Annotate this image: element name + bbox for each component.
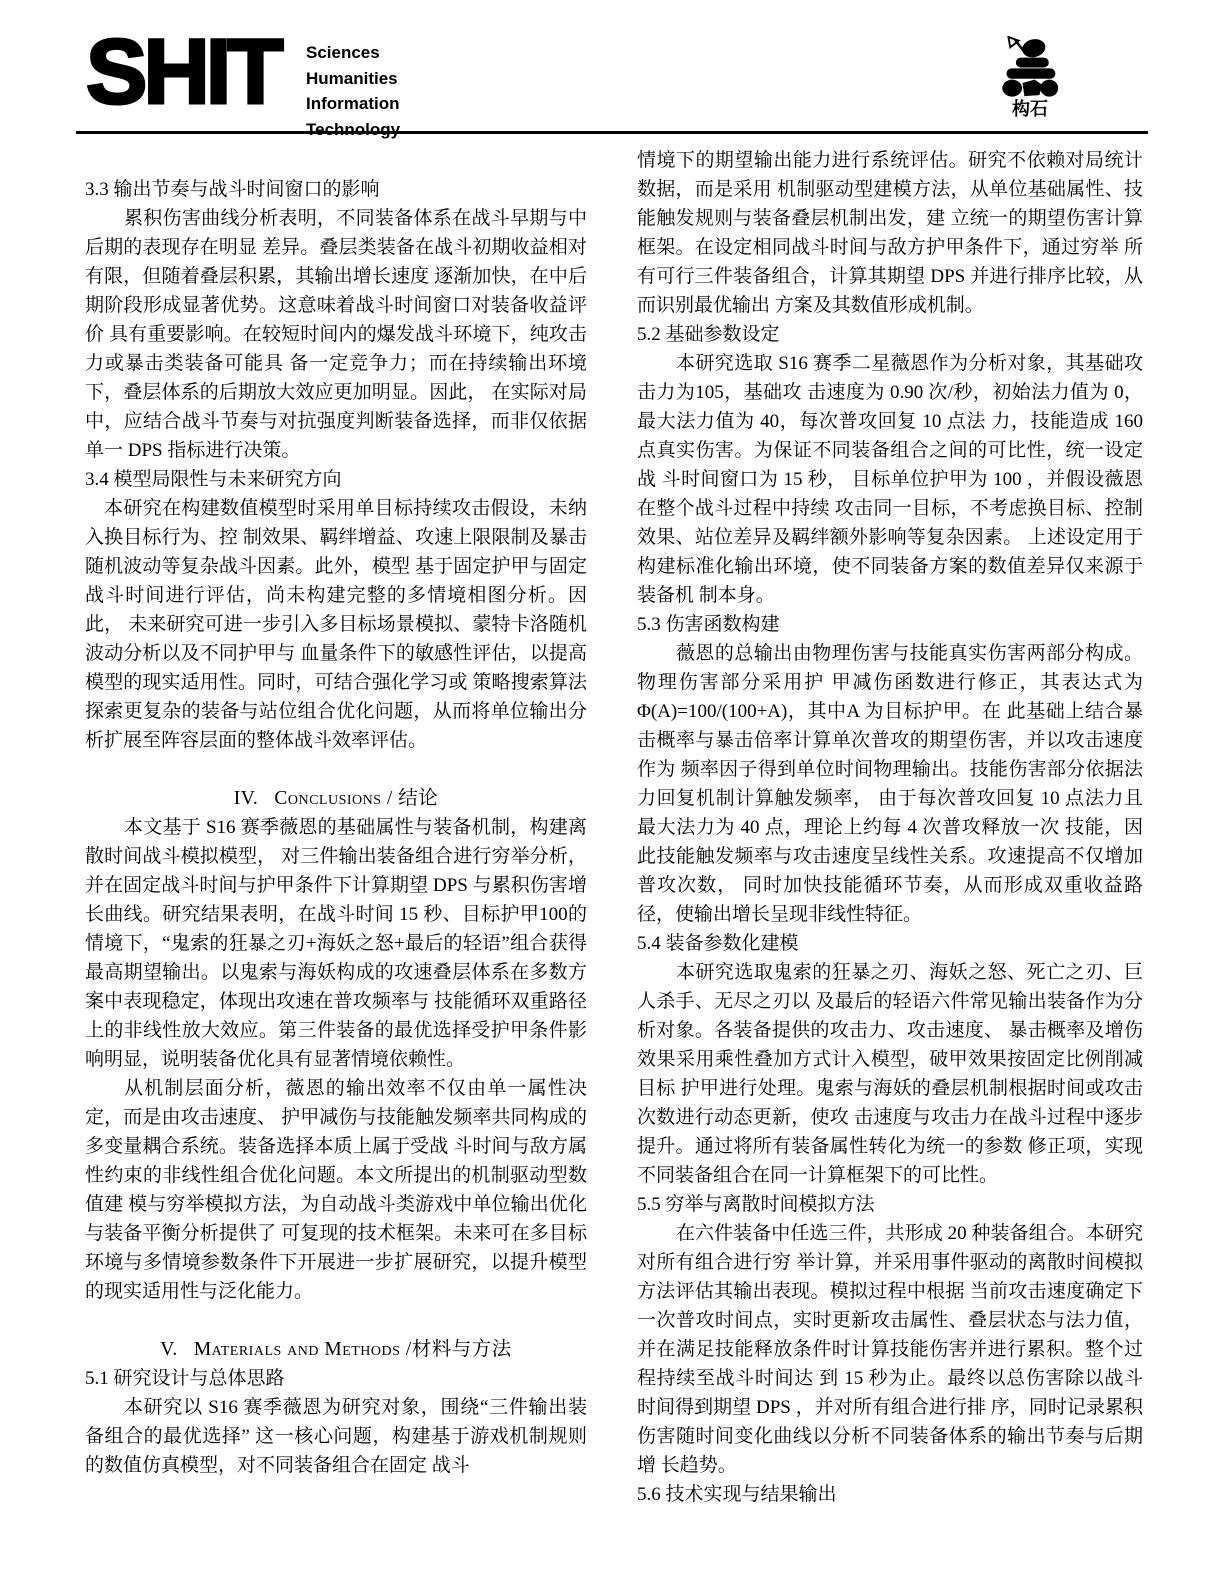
logo-subtitle-line: Information [306,91,400,117]
subsection-heading: 5.6 技术实现与结果输出 [637,1480,1143,1509]
org-mark: 构石 [982,36,1078,119]
paragraph: 本文基于 S16 赛季薇恩的基础属性与装备机制，构建离散时间战斗模拟模型， 对三… [85,813,587,1074]
paragraph: 情境下的期望输出能力进行系统评估。研究不依赖对局统计数据，而是采用 机制驱动型建… [637,146,1143,320]
journal-logo: SHIT [86,26,280,118]
right-column: 情境下的期望输出能力进行系统评估。研究不依赖对局统计数据，而是采用 机制驱动型建… [637,146,1143,1509]
subsection-heading: 3.3 输出节奏与战斗时间窗口的影响 [85,175,587,204]
paragraph: 本研究选取 S16 赛季二星薇恩作为分析对象，其基础攻击力为105，基础攻 击速… [637,349,1143,610]
subsection-heading: 3.4 模型局限性与未来研究方向 [85,465,587,494]
subsection-heading: 5.3 伤害函数构建 [637,610,1143,639]
subsection-heading: 5.5 穷举与离散时间模拟方法 [637,1190,1143,1219]
logo-subtitle-line: Technology [306,117,400,143]
paragraph: 本研究在构建数值模型时采用单目标持续攻击假设，未纳入换目标行为、控 制效果、羁绊… [85,494,587,755]
journal-logo-subtitle: Sciences Humanities Information Technolo… [306,40,400,142]
header-rule [76,131,1148,134]
paper-page: SHIT Sciences Humanities Information Tec… [0,0,1224,1584]
logo-subtitle-line: Humanities [306,66,400,92]
paragraph: 在六件装备中任选三件，共形成 20 种装备组合。本研究对所有组合进行穷 举计算，… [637,1219,1143,1480]
subsection-heading: 5.1 研究设计与总体思路 [85,1364,587,1393]
paragraph: 薇恩的总输出由物理伤害与技能真实伤害两部分构成。物理伤害部分采用护 甲减伤函数进… [637,639,1143,929]
paragraph: 本研究选取鬼索的狂暴之刃、海妖之怒、死亡之刃、巨人杀手、无尽之刃以 及最后的轻语… [637,958,1143,1190]
subsection-heading: 5.2 基础参数设定 [637,320,1143,349]
paragraph: 本研究以 S16 赛季薇恩为研究对象，围绕“三件输出装备组合的最优选择” 这一核… [85,1393,587,1480]
section-heading: V. Materials and Methods /材料与方法 [85,1335,587,1364]
paragraph: 从机制层面分析，薇恩的输出效率不仅由单一属性决定，而是由攻击速度、 护甲减伤与技… [85,1074,587,1306]
left-column: 3.3 输出节奏与战斗时间窗口的影响累积伤害曲线分析表明，不同装备体系在战斗早期… [85,146,587,1480]
section-heading: IV. Conclusions / 结论 [85,784,587,813]
paragraph: 累积伤害曲线分析表明，不同装备体系在战斗早期与中后期的表现存在明显 差异。叠层类… [85,204,587,465]
logo-subtitle-line: Sciences [306,40,400,66]
rock-pile-icon [996,36,1064,98]
org-mark-label: 构石 [982,99,1078,119]
subsection-heading: 5.4 装备参数化建模 [637,929,1143,958]
